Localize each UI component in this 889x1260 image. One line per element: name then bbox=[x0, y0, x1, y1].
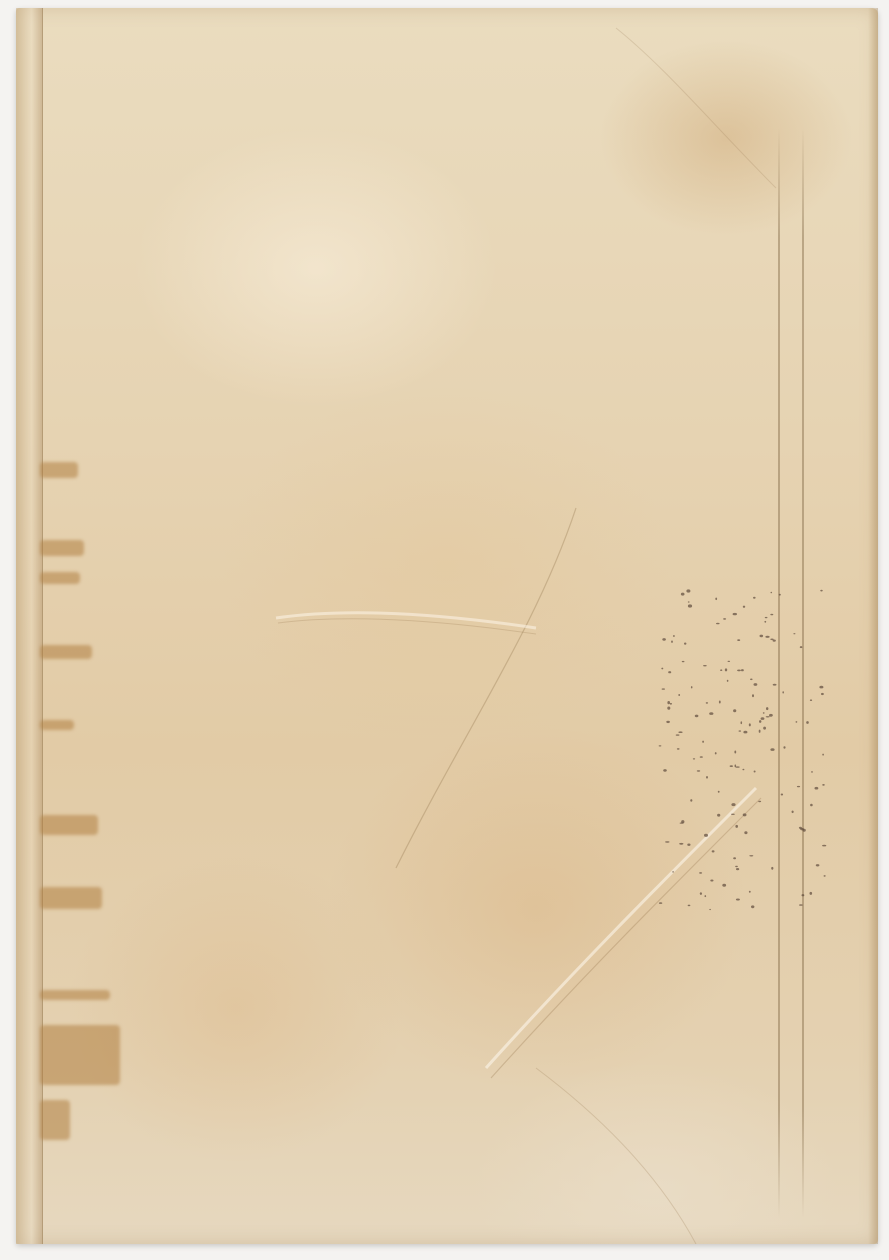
photo-scene bbox=[0, 0, 889, 1260]
creases-and-speckles bbox=[16, 8, 878, 1244]
vellum-cover bbox=[16, 8, 878, 1244]
